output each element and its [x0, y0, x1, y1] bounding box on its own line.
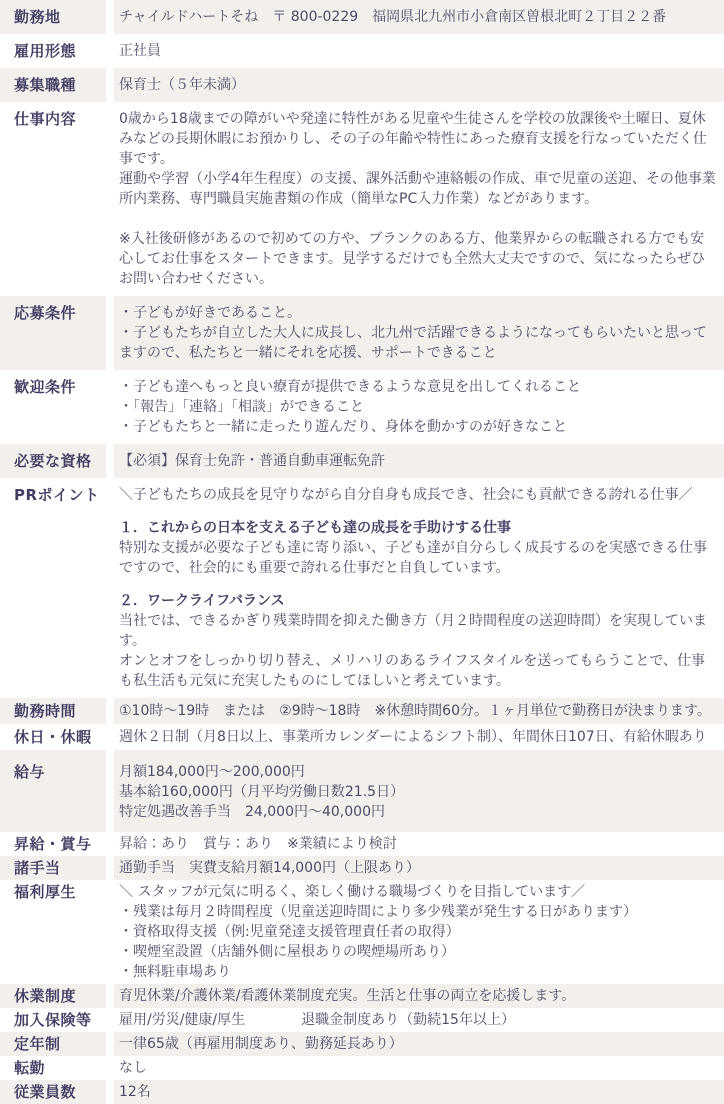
table-row-allowances: 諸手当通勤手当 実費支給月額14,000円（上限あり）	[0, 856, 724, 880]
row-value-retirement: 一律65歳（再雇用制度あり、勤務延長あり）	[114, 1032, 724, 1056]
row-value-text: ＼ スタッフが元気に明るく、楽しく働ける職場づくりを目指しています／ ・残業は毎…	[119, 882, 716, 982]
row-value-benefits: ＼ スタッフが元気に明るく、楽しく働ける職場づくりを目指しています／ ・残業は毎…	[114, 880, 724, 984]
table-row-job-description: 仕事内容0歳から18歳までの障がいや発達に特性がある児童や生徒さんを学校の放課後…	[0, 102, 724, 296]
row-label-insurance: 加入保険等	[0, 1008, 106, 1032]
row-value-allowances: 通勤手当 実費支給月額14,000円（上限あり）	[114, 856, 724, 880]
row-value-text: ・子どもが好きであること。 ・子どもたちが自立した大人に成長し、北九州で活躍でき…	[119, 303, 716, 363]
table-row-leave-system: 休業制度育児休業/介護休業/看護休業制度充実。生活と仕事の両立を応援します。	[0, 984, 724, 1008]
row-label-employees: 従業員数	[0, 1080, 106, 1104]
row-value-block-heading: ２．ワークライフバランス	[119, 591, 716, 611]
row-label-job-description: 仕事内容	[0, 102, 106, 296]
table-row-required-qualifications: 必要な資格【必須】保育士免許・普通自動車運転免許	[0, 444, 724, 478]
row-value-relocation: なし	[114, 1056, 724, 1080]
row-value-text: 【必須】保育士免許・普通自動車運転免許	[119, 451, 716, 471]
row-value-text: 通勤手当 実費支給月額14,000円（上限あり）	[119, 858, 716, 878]
table-row-insurance: 加入保険等雇用/労災/健康/厚生 退職金制度あり（勤続15年以上）	[0, 1008, 724, 1032]
row-label-position: 募集職種	[0, 68, 106, 102]
row-label-leave-system: 休業制度	[0, 984, 106, 1008]
row-label-holidays: 休日・休暇	[0, 724, 106, 750]
row-value-block-heading: １．これからの日本を支える子ども達の成長を手助けする仕事	[119, 518, 716, 538]
table-row-application-requirements: 応募条件・子どもが好きであること。 ・子どもたちが自立した大人に成長し、北九州で…	[0, 296, 724, 370]
row-value-employees: 12名	[114, 1080, 724, 1104]
table-row-workplace: 勤務地チャイルドハートそね 〒 800-0229 福岡県北九州市小倉南区曽根北町…	[0, 0, 724, 34]
table-row-employees: 従業員数12名	[0, 1080, 724, 1104]
row-label-allowances: 諸手当	[0, 856, 106, 880]
row-label-salary: 給与	[0, 750, 106, 832]
table-row-pr-points: PRポイント＼子どもたちの成長を見守りながら自分自身も成長でき、社会にも貢献でき…	[0, 478, 724, 698]
table-row-holidays: 休日・休暇週休２日制（月8日以上、事業所カレンダーによるシフト制）、年間休日10…	[0, 724, 724, 750]
row-value-text: 保育士（５年未満）	[119, 75, 716, 95]
row-label-relocation: 転勤	[0, 1056, 106, 1080]
table-row-working-hours: 勤務時間①10時〜19時 または ②9時〜18時 ※休憩時間60分。１ヶ月単位で…	[0, 698, 724, 724]
row-label-required-qualifications: 必要な資格	[0, 444, 106, 478]
row-value-text: チャイルドハートそね 〒 800-0229 福岡県北九州市小倉南区曽根北町２丁目…	[119, 7, 716, 27]
row-value-position: 保育士（５年未満）	[114, 68, 724, 102]
row-label-workplace: 勤務地	[0, 0, 106, 34]
table-row-retirement: 定年制一律65歳（再雇用制度あり、勤務延長あり）	[0, 1032, 724, 1056]
row-value-raise-bonus: 昇給：あり 賞与：あり ※業績により検討	[114, 832, 724, 856]
row-value-holidays: 週休２日制（月8日以上、事業所カレンダーによるシフト制）、年間休日107日、有給…	[114, 724, 724, 750]
row-value-text: 育児休業/介護休業/看護休業制度充実。生活と仕事の両立を応援します。	[119, 986, 716, 1006]
row-label-retirement: 定年制	[0, 1032, 106, 1056]
row-value-pr-points: ＼子どもたちの成長を見守りながら自分自身も成長でき、社会にも貢献できる誇れる仕事…	[114, 478, 724, 698]
table-row-employment-type: 雇用形態正社員	[0, 34, 724, 68]
table-row-relocation: 転勤なし	[0, 1056, 724, 1080]
row-label-pr-points: PRポイント	[0, 478, 106, 698]
row-label-application-requirements: 応募条件	[0, 296, 106, 370]
row-value-text: 12名	[119, 1082, 716, 1102]
table-row-position: 募集職種保育士（５年未満）	[0, 68, 724, 102]
row-value-required-qualifications: 【必須】保育士免許・普通自動車運転免許	[114, 444, 724, 478]
row-value-text: なし	[119, 1058, 716, 1078]
row-value-block: 当社では、できるかぎり残業時間を抑えた働き方（月２時間程度の送迎時間）を実現して…	[119, 611, 716, 691]
row-value-text: 週休２日制（月8日以上、事業所カレンダーによるシフト制）、年間休日107日、有給…	[119, 727, 716, 747]
row-value-working-hours: ①10時〜19時 または ②9時〜18時 ※休憩時間60分。１ヶ月単位で勤務日が…	[114, 698, 724, 724]
row-value-text: 正社員	[119, 41, 716, 61]
row-value-workplace: チャイルドハートそね 〒 800-0229 福岡県北九州市小倉南区曽根北町２丁目…	[114, 0, 724, 34]
row-value-text: ①10時〜19時 または ②9時〜18時 ※休憩時間60分。１ヶ月単位で勤務日が…	[119, 701, 716, 721]
row-value-job-description: 0歳から18歳までの障がいや発達に特性がある児童や生徒さんを学校の放課後や土曜日…	[114, 102, 724, 296]
row-value-insurance: 雇用/労災/健康/厚生 退職金制度あり（勤続15年以上）	[114, 1008, 724, 1032]
row-value-salary: 月額184,000円〜200,000円 基本給160,000円（月平均労働日数2…	[114, 750, 724, 832]
row-label-benefits: 福利厚生	[0, 880, 106, 984]
row-value-text: 昇給：あり 賞与：あり ※業績により検討	[119, 834, 716, 854]
row-value-employment-type: 正社員	[114, 34, 724, 68]
row-value-block: ＼子どもたちの成長を見守りながら自分自身も成長でき、社会にも貢献できる誇れる仕事…	[119, 485, 716, 505]
row-label-employment-type: 雇用形態	[0, 34, 106, 68]
row-value-welcome-conditions: ・子ども達へもっと良い療育が提供できるような意見を出してくれること ・「報告」「…	[114, 370, 724, 444]
row-value-text: 0歳から18歳までの障がいや発達に特性がある児童や生徒さんを学校の放課後や土曜日…	[119, 109, 716, 289]
row-label-raise-bonus: 昇給・賞与	[0, 832, 106, 856]
row-value-text: 一律65歳（再雇用制度あり、勤務延長あり）	[119, 1034, 716, 1054]
table-row-welcome-conditions: 歓迎条件・子ども達へもっと良い療育が提供できるような意見を出してくれること ・「…	[0, 370, 724, 444]
table-row-benefits: 福利厚生＼ スタッフが元気に明るく、楽しく働ける職場づくりを目指しています／ ・…	[0, 880, 724, 984]
row-value-leave-system: 育児休業/介護休業/看護休業制度充実。生活と仕事の両立を応援します。	[114, 984, 724, 1008]
row-value-text: 月額184,000円〜200,000円 基本給160,000円（月平均労働日数2…	[119, 762, 716, 822]
row-value-application-requirements: ・子どもが好きであること。 ・子どもたちが自立した大人に成長し、北九州で活躍でき…	[114, 296, 724, 370]
row-value-text: 雇用/労災/健康/厚生 退職金制度あり（勤続15年以上）	[119, 1010, 716, 1030]
row-value-block: 特別な支援が必要な子ども達に寄り添い、子ども達が自分らしく成長するのを実感できる…	[119, 538, 716, 578]
table-row-raise-bonus: 昇給・賞与昇給：あり 賞与：あり ※業績により検討	[0, 832, 724, 856]
row-label-welcome-conditions: 歓迎条件	[0, 370, 106, 444]
row-value-text: ・子ども達へもっと良い療育が提供できるような意見を出してくれること ・「報告」「…	[119, 377, 716, 437]
row-label-working-hours: 勤務時間	[0, 698, 106, 724]
job-posting-table: 勤務地チャイルドハートそね 〒 800-0229 福岡県北九州市小倉南区曽根北町…	[0, 0, 724, 1104]
table-row-salary: 給与月額184,000円〜200,000円 基本給160,000円（月平均労働日…	[0, 750, 724, 832]
